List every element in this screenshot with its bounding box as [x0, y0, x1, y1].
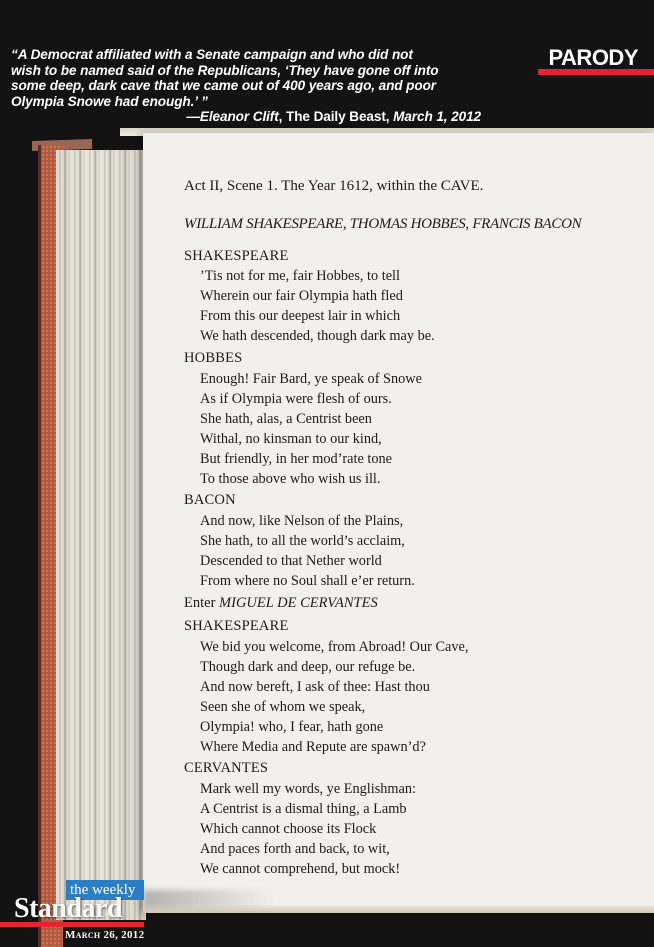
verse-line: Withal, no kinsman to our kind,: [200, 431, 382, 448]
epigraph-line: “A Democrat affiliated with a Senate cam…: [11, 47, 491, 63]
speaker-name: HOBBES: [184, 350, 242, 367]
verse-line: ’Tis not for me, fair Hobbes, to tell: [200, 268, 400, 285]
verse-line: She hath, alas, a Centrist been: [200, 411, 372, 428]
parody-label: PARODY: [538, 45, 638, 71]
logo-red-bar: [0, 922, 144, 927]
verse-line: From this our deepest lair in which: [200, 308, 400, 325]
verse-line: And now bereft, I ask of thee: Hast thou: [200, 679, 430, 696]
verse-line: Seen she of whom we speak,: [200, 699, 365, 716]
verse-line: Though dark and deep, our refuge be.: [200, 659, 415, 676]
page-shadow: [143, 890, 273, 908]
verse-line: And paces forth and back, to wit,: [200, 841, 390, 858]
verse-line: She hath, to all the world’s acclaim,: [200, 533, 405, 550]
speaker-name: SHAKESPEARE: [184, 618, 289, 635]
speaker-name: BACON: [184, 492, 236, 509]
stage-direction-name: MIGUEL DE CERVANTES: [219, 595, 378, 611]
epigraph-attribution: —Eleanor Clift, The Daily Beast, March 1…: [11, 109, 491, 125]
issue-date: March 26, 2012: [65, 929, 144, 941]
verse-line: Mark well my words, ye Englishman:: [200, 781, 416, 798]
verse-line: Wherein our fair Olympia hath fled: [200, 288, 403, 305]
attribution-date: March 1, 2012: [393, 109, 481, 124]
epigraph-quote: “A Democrat affiliated with a Senate cam…: [11, 47, 491, 125]
verse-line: From where no Soul shall e’er return.: [200, 573, 415, 590]
verse-line: Where Media and Repute are spawn’d?: [200, 739, 426, 756]
epigraph-line: Olympia Snowe had enough.’ ”: [11, 94, 491, 110]
verse-line: We hath descended, though dark may be.: [200, 328, 435, 345]
verse-line: Enough! Fair Bard, ye speak of Snowe: [200, 371, 422, 388]
verse-line: A Centrist is a dismal thing, a Lamb: [200, 801, 407, 818]
verse-line: But friendly, in her mod’rate tone: [200, 451, 392, 468]
verse-line: And now, like Nelson of the Plains,: [200, 513, 403, 530]
verse-line: Which cannot choose its Flock: [200, 821, 376, 838]
epigraph-line: wish to be named said of the Republicans…: [11, 63, 491, 79]
attribution-publication: , The Daily Beast,: [279, 109, 393, 124]
verse-line: As if Olympia were flesh of ours.: [200, 391, 392, 408]
verse-line: We bid you welcome, from Abroad! Our Cav…: [200, 639, 468, 656]
logo-standard: Standard: [14, 893, 122, 925]
verse-line: Descended to that Nether world: [200, 553, 382, 570]
cast-list: WILLIAM SHAKESPEARE, THOMAS HOBBES, FRAN…: [184, 216, 581, 233]
attribution-author: —Eleanor Clift: [186, 109, 278, 124]
verse-line: We cannot comprehend, but mock!: [200, 861, 400, 878]
stage-direction-verb: Enter: [184, 595, 219, 611]
verse-line: To those above who wish us ill.: [200, 471, 380, 488]
speaker-name: CERVANTES: [184, 760, 268, 777]
stage-direction: Enter MIGUEL DE CERVANTES: [184, 595, 378, 612]
book-page-edges-shade: [56, 150, 146, 920]
verse-line: Olympia! who, I fear, hath gone: [200, 719, 383, 736]
speaker-name: SHAKESPEARE: [184, 248, 289, 265]
epigraph-line: some deep, dark cave that we came out of…: [11, 78, 491, 94]
scene-heading: Act II, Scene 1. The Year 1612, within t…: [184, 178, 483, 195]
parody-underline: [538, 69, 654, 75]
